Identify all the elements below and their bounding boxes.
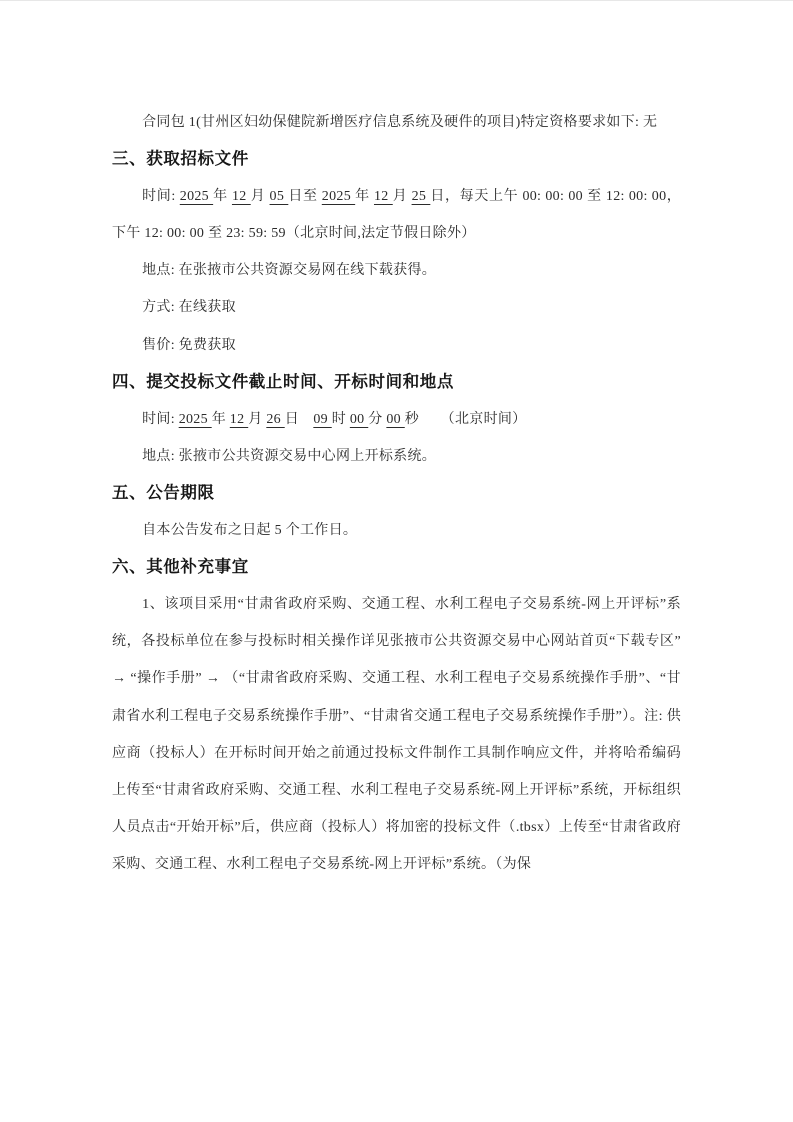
paragraph-other-matters-item1: 1、该项目采用“甘肃省政府采购、交通工程、水利工程电子交易系统-网上开评标”系统… xyxy=(112,586,681,883)
underlined-date-value: 09 xyxy=(313,412,331,427)
text-segment: 时 xyxy=(332,412,350,427)
text-segment: 秒 （北京时间） xyxy=(405,412,527,427)
underlined-date-value: 12 xyxy=(374,189,393,204)
underlined-date-value: 25 xyxy=(412,189,431,204)
paragraph-obtain-location: 地点: 在张掖市公共资源交易网在线下载获得。 xyxy=(112,252,681,289)
text-segment: 年 xyxy=(213,189,232,204)
text-segment: 日至 xyxy=(288,189,321,204)
document-page: 合同包 1(甘州区妇幼保健院新增医疗信息系统及硬件的项目)特定资格要求如下: 无… xyxy=(0,0,793,1122)
underlined-date-value: 12 xyxy=(230,412,248,427)
paragraph-deadline-time: 时间: 2025 年 12 月 26 日 09 时 00 分 00 秒 （北京时… xyxy=(112,401,681,438)
underlined-date-value: 2025 xyxy=(179,412,212,427)
text-segment: 日 xyxy=(285,412,314,427)
underlined-date-value: 2025 xyxy=(322,189,355,204)
paragraph-obtain-price: 售价: 免费获取 xyxy=(112,327,681,364)
text-segment: 分 xyxy=(368,412,386,427)
underlined-date-value: 2025 xyxy=(180,189,213,204)
paragraph-contract-package-qualification: 合同包 1(甘州区妇幼保健院新增医疗信息系统及硬件的项目)特定资格要求如下: 无 xyxy=(112,104,681,141)
section-heading-announcement-period: 五、公告期限 xyxy=(112,475,681,512)
text-segment: 月 xyxy=(393,189,412,204)
section-heading-bid-submission-deadline: 四、提交投标文件截止时间、开标时间和地点 xyxy=(112,364,681,401)
paragraph-obtain-time: 时间: 2025 年 12 月 05 日至 2025 年 12 月 25 日，每… xyxy=(112,178,681,252)
underlined-date-value: 00 xyxy=(350,412,368,427)
underlined-date-value: 12 xyxy=(232,189,251,204)
paragraph-obtain-method: 方式: 在线获取 xyxy=(112,289,681,326)
text-segment: 月 xyxy=(248,412,266,427)
text-segment: 时间: xyxy=(142,412,179,427)
underlined-date-value: 00 xyxy=(386,412,404,427)
section-heading-obtain-bid-documents: 三、获取招标文件 xyxy=(112,141,681,178)
text-segment: 时间: xyxy=(142,189,180,204)
text-segment: 年 xyxy=(212,412,230,427)
underlined-date-value: 26 xyxy=(266,412,284,427)
paragraph-deadline-location: 地点: 张掖市公共资源交易中心网上开标系统。 xyxy=(112,438,681,475)
page-top-edge-divider xyxy=(0,0,793,1)
paragraph-announcement-period: 自本公告发布之日起 5 个工作日。 xyxy=(112,512,681,549)
text-segment: 年 xyxy=(355,189,374,204)
text-segment: 月 xyxy=(251,189,270,204)
section-heading-other-matters: 六、其他补充事宜 xyxy=(112,549,681,586)
underlined-date-value: 05 xyxy=(270,189,289,204)
